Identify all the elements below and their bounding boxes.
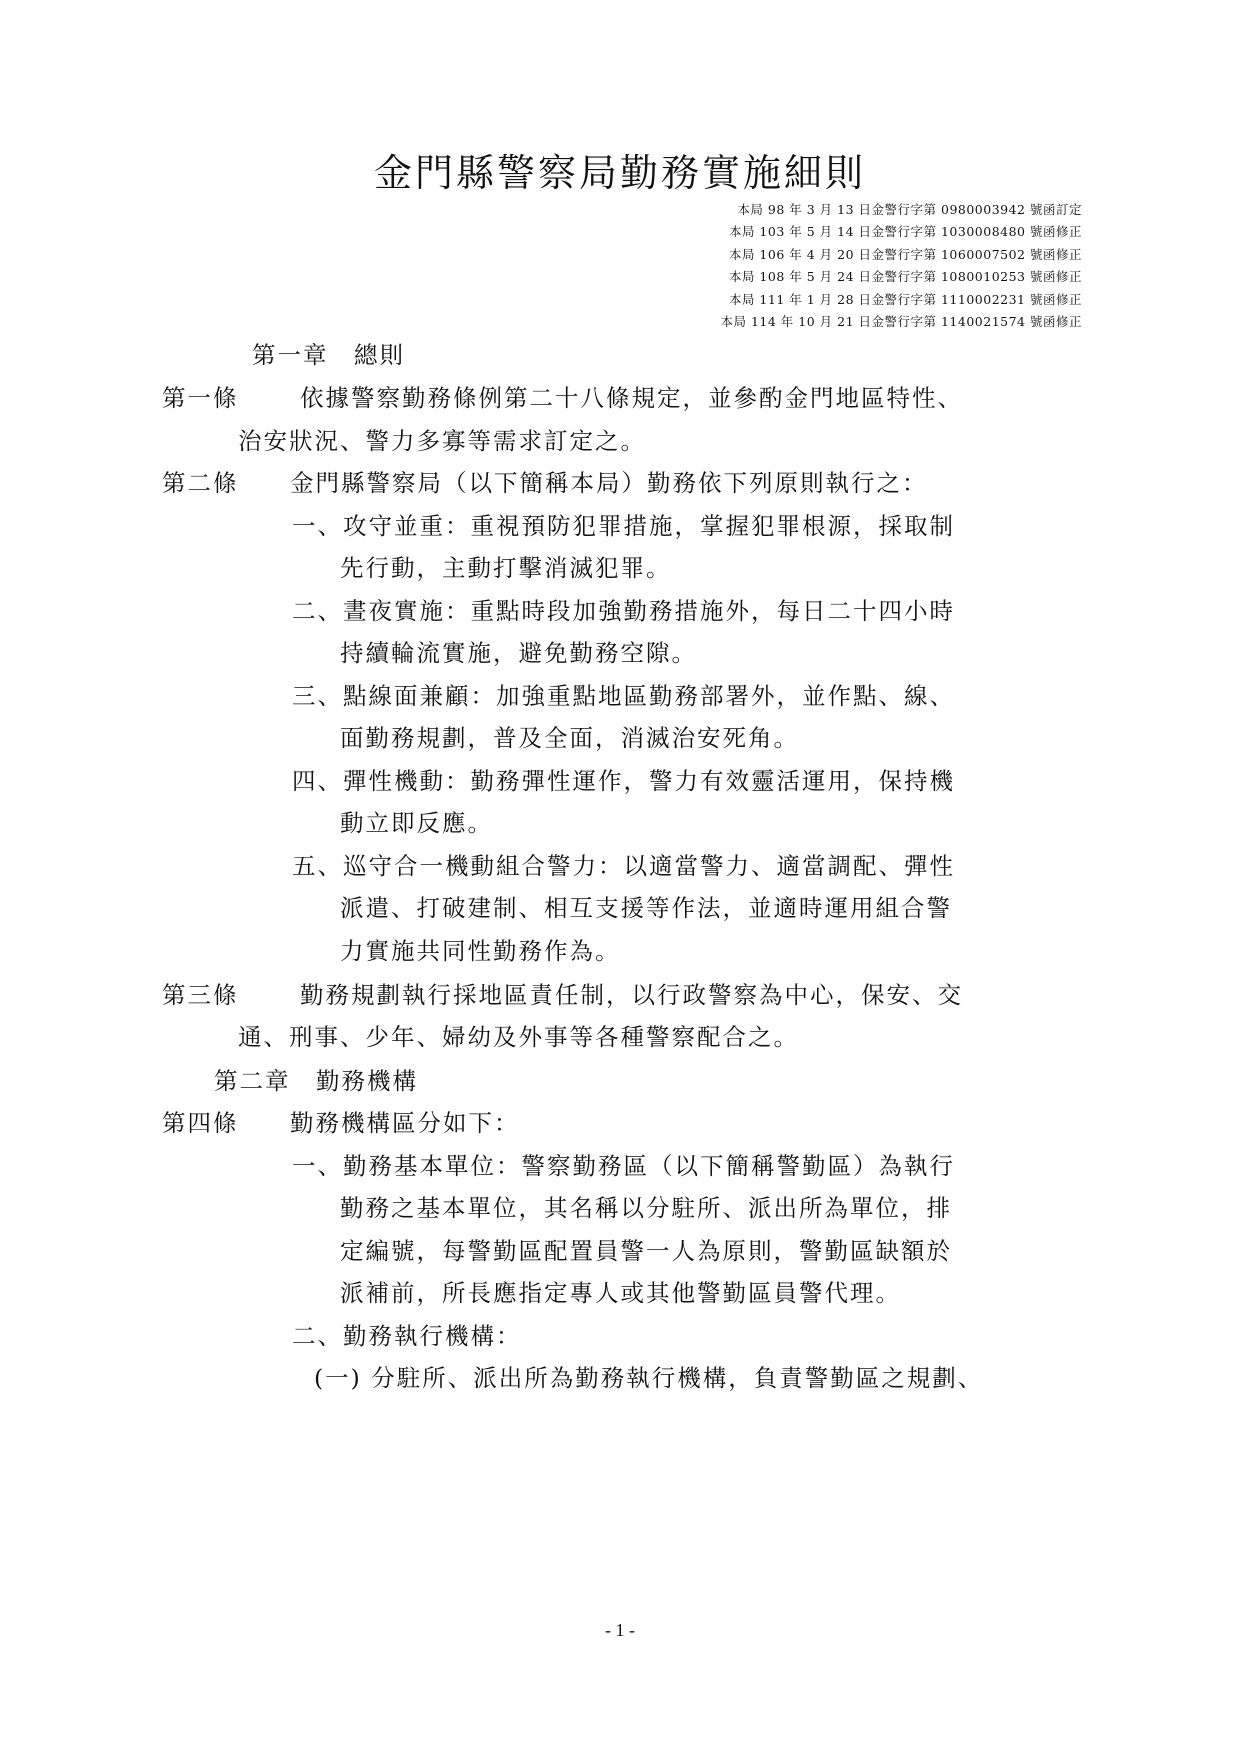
article-label: 第三條	[162, 980, 239, 1010]
amendment-line: 本局 106 年 4 月 20 日金警行字第 1060007502 號函修正	[721, 244, 1083, 266]
list-item-continuation: 定編號，每警勤區配置員警一人為原則，警勤區缺額於	[340, 1236, 952, 1266]
list-item-continuation: 勤務之基本單位，其名稱以分駐所、派出所為單位，排	[340, 1193, 952, 1223]
list-item: 二、晝夜實施：重點時段加強勤務措施外，每日二十四小時	[292, 596, 955, 626]
document-title: 金門縣警察局勤務實施細則	[0, 150, 1240, 196]
amendment-line: 本局 98 年 3 月 13 日金警行字第 0980003942 號函訂定	[721, 199, 1083, 221]
article-text: 依據警察勤務條例第二十八條規定，並參酌金門地區特性、	[300, 383, 963, 413]
amendment-line: 本局 111 年 1 月 28 日金警行字第 1110002231 號函修正	[721, 289, 1083, 311]
article-text: 治安狀況、警力多寡等需求訂定之。	[238, 426, 646, 456]
amendment-line: 本局 103 年 5 月 14 日金警行字第 1030008480 號函修正	[721, 221, 1083, 243]
list-item-continuation: 力實施共同性勤務作為。	[340, 936, 621, 966]
list-item-continuation: 派遣、打破建制、相互支援等作法，並適時運用組合警	[340, 893, 952, 923]
list-item-continuation: 持續輪流實施，避免勤務空隙。	[340, 638, 697, 668]
list-item: 三、點線面兼顧：加強重點地區勤務部署外，並作點、線、	[292, 681, 955, 711]
list-item: 一、勤務基本單位：警察勤務區（以下簡稱警勤區）為執行	[292, 1151, 955, 1181]
article-label: 第一條	[162, 383, 239, 413]
article-text: 勤務機構區分如下：	[290, 1108, 520, 1138]
chapter-heading: 第二章 勤務機構	[214, 1066, 418, 1096]
page-number: - 1 -	[0, 1620, 1240, 1641]
amendment-line: 本局 114 年 10 月 21 日金警行字第 1140021574 號函修正	[721, 311, 1083, 333]
sub-list-item: (一) 分駐所、派出所為勤務執行機構，負責警勤區之規劃、	[314, 1363, 983, 1393]
article-text: 勤務規劃執行採地區責任制，以行政警察為中心，保安、交	[300, 980, 963, 1010]
article-label: 第四條	[162, 1108, 239, 1138]
amendment-history: 本局 98 年 3 月 13 日金警行字第 0980003942 號函訂定 本局…	[721, 199, 1083, 333]
amendment-line: 本局 108 年 5 月 24 日金警行字第 1080010253 號函修正	[721, 266, 1083, 288]
article-text: 通、刑事、少年、婦幼及外事等各種警察配合之。	[238, 1022, 799, 1052]
article-text: 金門縣警察局（以下簡稱本局）勤務依下列原則執行之：	[290, 468, 928, 498]
list-item: 五、巡守合一機動組合警力：以適當警力、適當調配、彈性	[292, 851, 955, 881]
list-item: 二、勤務執行機構：	[292, 1321, 522, 1351]
chapter-heading: 第一章 總則	[252, 340, 405, 370]
list-item-continuation: 面勤務規劃，普及全面，消滅治安死角。	[340, 723, 799, 753]
list-item-continuation: 派補前，所長應指定專人或其他警勤區員警代理。	[340, 1278, 901, 1308]
article-label: 第二條	[162, 468, 239, 498]
list-item: 一、攻守並重：重視預防犯罪措施，掌握犯罪根源，採取制	[292, 511, 955, 541]
list-item-continuation: 動立即反應。	[340, 808, 493, 838]
list-item: 四、彈性機動：勤務彈性運作，警力有效靈活運用，保持機	[292, 766, 955, 796]
list-item-continuation: 先行動，主動打擊消滅犯罪。	[340, 553, 672, 583]
